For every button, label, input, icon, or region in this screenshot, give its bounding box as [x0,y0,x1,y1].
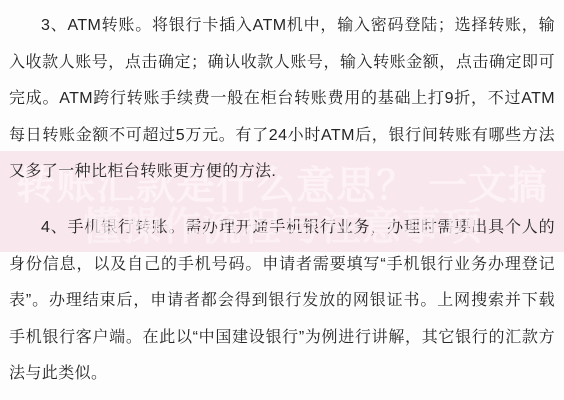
paragraph-atm-transfer: 3、ATM转账。将银行卡插入ATM机中，输入密码登陆；选择转账，输入收款人账号，… [9,8,555,191]
article-page: 转账汇款是什么意思？ 一文搞 3、ATM转账。将银行卡插入ATM机中，输入密码登… [0,0,564,400]
paragraph-mobile-banking-transfer: 4、手机银行转账。需办理开通手机银行业务，办理时需要出具个人的身份信息，以及自己… [9,210,555,393]
article-body: 3、ATM转账。将银行卡插入ATM机中，输入密码登陆；选择转账，输入收款人账号，… [0,0,564,400]
